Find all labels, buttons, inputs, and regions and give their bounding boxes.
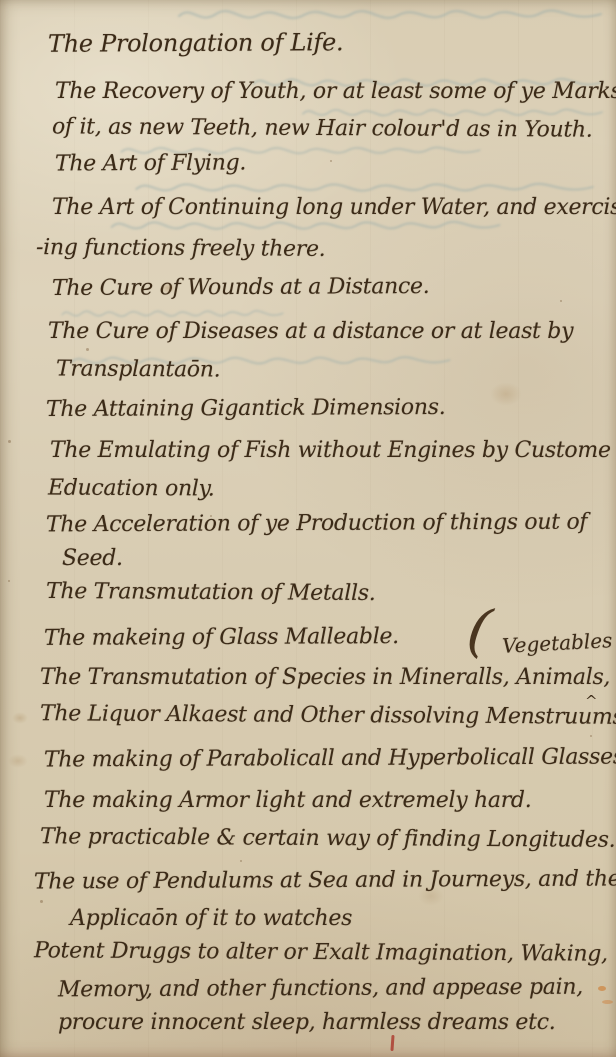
manuscript-page: The Prolongation of Life. The Recovery o… [0, 0, 616, 1057]
red-ink-mark [390, 1035, 394, 1051]
marginal-insertion-paren: ( [463, 595, 496, 666]
handwritten-line: Memory, and other functions, and appease… [58, 976, 583, 1003]
paper-freckle [330, 160, 332, 162]
handwritten-line: Applicaōn of it to watches [70, 907, 352, 931]
handwritten-line: The Transmutation of Species in Minerall… [40, 666, 616, 690]
ink-stain [160, 282, 176, 294]
paper-freckle [590, 735, 592, 737]
handwritten-line: The Acceleration of ye Production of thi… [46, 511, 587, 538]
handwritten-line: The makeing of Glass Malleable. [44, 625, 399, 651]
paper-freckle [8, 440, 11, 443]
paper-freckle [560, 300, 562, 302]
paper-freckle [8, 580, 10, 582]
handwritten-line: The Attaining Gigantick Dimensions. [46, 396, 446, 422]
handwritten-line: The use of Pendulums at Sea and in Journ… [34, 867, 616, 894]
paper-freckle [210, 515, 212, 517]
handwritten-line: procure innocent sleep, harmless dreams … [58, 1011, 555, 1035]
marginal-insertion-word: Vegetables [501, 628, 612, 658]
handwritten-line: of it, as new Teeth, new Hair colour'd a… [52, 115, 593, 142]
paper-freckle [240, 860, 242, 862]
handwritten-line: The Art of Continuing long under Water, … [52, 196, 616, 220]
handwritten-line: The making Armor light and extremely har… [44, 789, 531, 813]
handwritten-line: The Art of Flying. [55, 151, 246, 176]
insertion-caret: ^ [585, 692, 598, 710]
handwritten-line: The Cure of Wounds at a Distance. [52, 275, 430, 301]
ink-stain [8, 754, 28, 768]
handwritten-line: The practicable & certain way of finding… [40, 825, 615, 853]
paper-freckle [86, 348, 89, 351]
ink-stain [490, 382, 522, 406]
handwritten-line: Potent Druggs to alter or Exalt Imaginat… [34, 939, 608, 967]
handwritten-line: The Prolongation of Life. [48, 29, 343, 57]
handwritten-line: Seed. [62, 547, 123, 571]
ink-stain [418, 886, 444, 906]
handwritten-line: -ing functions freely there. [36, 236, 326, 262]
handwritten-line: The Emulating of Fish without Engines by… [50, 439, 616, 463]
handwritten-line: The Recovery of Youth, or at least some … [55, 80, 616, 104]
handwritten-line: The Transmutation of Metalls. [46, 580, 376, 606]
handwritten-line: Education only. [48, 476, 215, 501]
handwritten-line: The making of Parabolicall and Hyperboli… [44, 745, 616, 772]
paper-freckle [40, 900, 43, 903]
ink-stain [12, 712, 28, 724]
orange-speck [602, 1000, 613, 1004]
bleedthrough-line [174, 1, 607, 29]
handwritten-line: Transplantaōn. [56, 357, 220, 382]
handwritten-line: The Cure of Diseases at a distance or at… [48, 320, 573, 344]
handwritten-line: The Liquor Alkaest and Other dissolving … [40, 702, 616, 730]
orange-speck [598, 986, 606, 991]
